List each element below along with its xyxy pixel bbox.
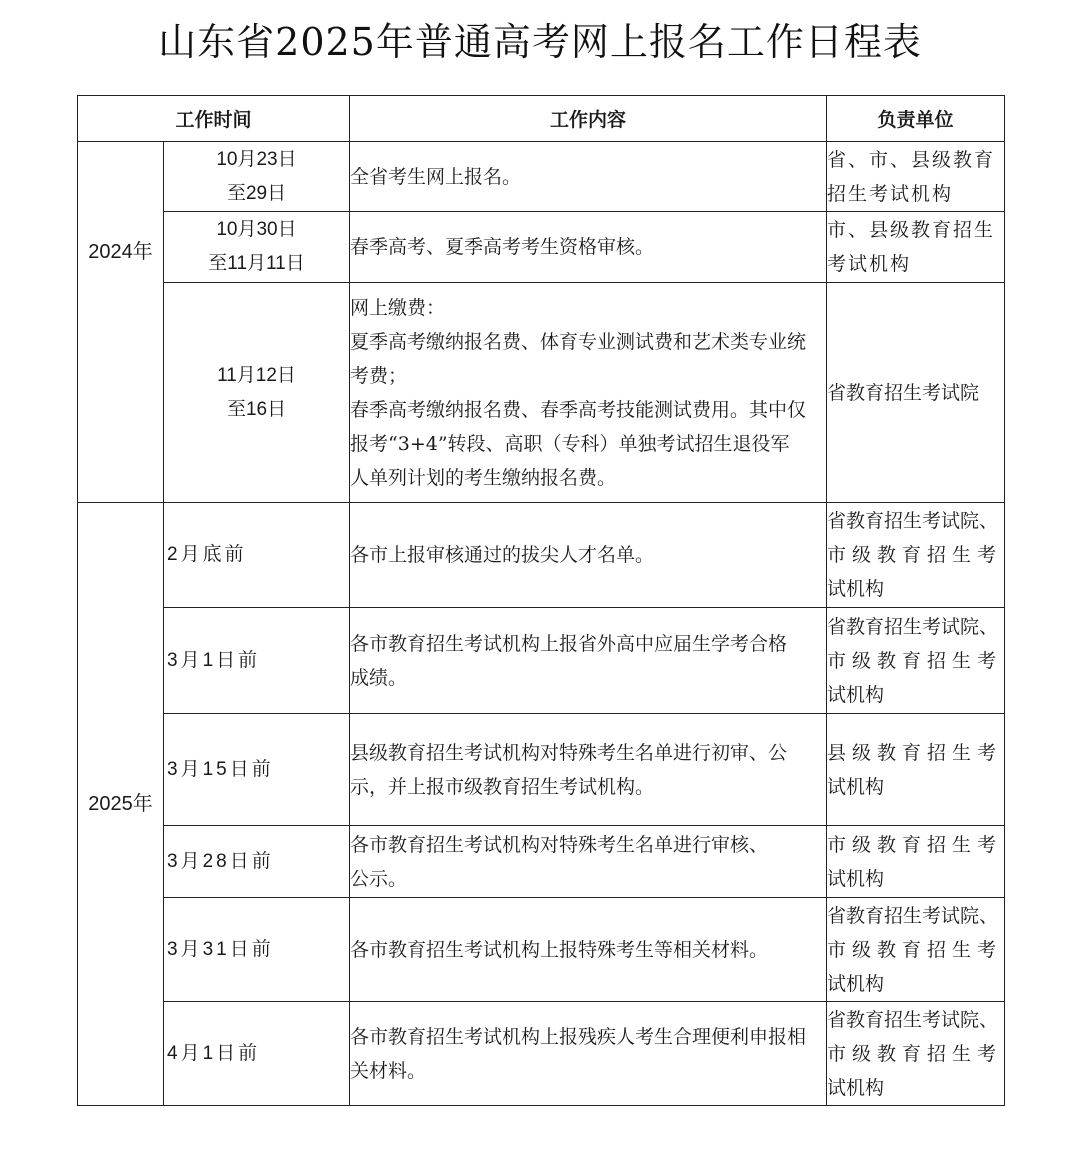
unit-line: 市级教育招生考: [827, 933, 1004, 967]
unit-line: 市级教育招生考: [827, 644, 1004, 678]
unit-line: 试机构: [827, 967, 1004, 1001]
date-cell: 10月23日 至29日: [164, 142, 350, 212]
content-line: 各市教育招生考试机构上报残疾人考生合理便利申报相: [350, 1020, 826, 1054]
content-cell: 网上缴费： 夏季高考缴纳报名费、体育专业测试费和艺术类专业统 考费； 春季高考缴…: [350, 283, 827, 503]
unit-line: 试机构: [827, 678, 1004, 712]
table-row: 11月12日 至16日 网上缴费： 夏季高考缴纳报名费、体育专业测试费和艺术类专…: [78, 283, 1005, 503]
table-row: 2024年 10月23日 至29日 全省考生网上报名。 省、市、县级教育 招生考…: [78, 142, 1005, 212]
unit-line: 省教育招生考试院、: [827, 899, 1004, 933]
date-line: 至16日: [164, 393, 349, 427]
unit-line: 招生考试机构: [827, 177, 1004, 211]
unit-line: 省教育招生考试院、: [827, 610, 1004, 644]
date-line: 4月1日前: [167, 1037, 349, 1071]
unit-cell: 市、县级教育招生 考试机构: [827, 212, 1005, 283]
content-line: 各市上报审核通过的拔尖人才名单。: [350, 538, 826, 572]
content-cell: 春季高考、夏季高考考生资格审核。: [350, 212, 827, 283]
date-cell: 3月31日前: [164, 898, 350, 1002]
date-line: 2月底前: [167, 538, 349, 572]
content-cell: 各市教育招生考试机构对特殊考生名单进行审核、 公示。: [350, 826, 827, 898]
content-line: 县级教育招生考试机构对特殊考生名单进行初审、公: [350, 736, 826, 770]
content-line: 各市教育招生考试机构对特殊考生名单进行审核、: [350, 828, 826, 862]
unit-cell: 省、市、县级教育 招生考试机构: [827, 142, 1005, 212]
content-line: 全省考生网上报名。: [350, 160, 826, 194]
year-cell-2024: 2024年: [78, 142, 164, 503]
date-cell: 10月30日 至11月11日: [164, 212, 350, 283]
unit-line: 试机构: [827, 572, 1004, 606]
unit-line: 省教育招生考试院、: [827, 1003, 1004, 1037]
header-row: 工作时间 工作内容 负责单位: [78, 96, 1005, 142]
year-label: 2025年: [88, 793, 153, 815]
content-line: 成绩。: [350, 661, 826, 695]
date-line: 10月30日: [164, 213, 349, 247]
table-row: 10月30日 至11月11日 春季高考、夏季高考考生资格审核。 市、县级教育招生…: [78, 212, 1005, 283]
content-cell: 县级教育招生考试机构对特殊考生名单进行初审、公 示，并上报市级教育招生考试机构。: [350, 714, 827, 826]
document-title: 山东省2025年普通高考网上报名工作日程表: [0, 14, 1080, 70]
year-label: 2024年: [88, 241, 153, 263]
unit-line: 试机构: [827, 1071, 1004, 1105]
unit-line: 市级教育招生考: [827, 828, 1004, 862]
unit-cell: 县级教育招生考 试机构: [827, 714, 1005, 826]
header-work-content: 工作内容: [350, 96, 827, 142]
date-cell: 2月底前: [164, 503, 350, 608]
date-cell: 4月1日前: [164, 1002, 350, 1106]
content-line: 公示。: [350, 862, 826, 896]
content-line: 网上缴费：: [350, 291, 826, 325]
table-row: 3月28日前 各市教育招生考试机构对特殊考生名单进行审核、 公示。 市级教育招生…: [78, 826, 1005, 898]
header-work-time: 工作时间: [78, 96, 350, 142]
table-row: 4月1日前 各市教育招生考试机构上报残疾人考生合理便利申报相 关材料。 省教育招…: [78, 1002, 1005, 1106]
content-line: 春季高考缴纳报名费、春季高考技能测试费用。其中仅: [350, 393, 826, 427]
content-line: 各市教育招生考试机构上报省外高中应届生学考合格: [350, 627, 826, 661]
date-line: 10月23日: [164, 143, 349, 177]
header-responsible-unit: 负责单位: [827, 96, 1005, 142]
unit-line: 试机构: [827, 770, 1004, 804]
unit-cell: 省教育招生考试院、 市级教育招生考 试机构: [827, 503, 1005, 608]
content-cell: 各市教育招生考试机构上报特殊考生等相关材料。: [350, 898, 827, 1002]
date-cell: 3月1日前: [164, 608, 350, 714]
unit-line: 市级教育招生考: [827, 1037, 1004, 1071]
date-line: 3月15日前: [167, 753, 349, 787]
date-line: 至11月11日: [164, 247, 349, 281]
date-line: 3月28日前: [167, 845, 349, 879]
unit-line: 省教育招生考试院、: [827, 504, 1004, 538]
unit-cell: 市级教育招生考 试机构: [827, 826, 1005, 898]
unit-cell: 省教育招生考试院、 市级教育招生考 试机构: [827, 898, 1005, 1002]
unit-line: 市、县级教育招生: [827, 213, 1004, 247]
content-cell: 各市教育招生考试机构上报省外高中应届生学考合格 成绩。: [350, 608, 827, 714]
unit-cell: 省教育招生考试院、 市级教育招生考 试机构: [827, 608, 1005, 714]
date-line: 3月1日前: [167, 644, 349, 678]
content-line: 报考“3+4”转段、高职（专科）单独考试招生退役军: [350, 427, 826, 461]
content-cell: 各市上报审核通过的拔尖人才名单。: [350, 503, 827, 608]
content-cell: 各市教育招生考试机构上报残疾人考生合理便利申报相 关材料。: [350, 1002, 827, 1106]
table-row: 3月31日前 各市教育招生考试机构上报特殊考生等相关材料。 省教育招生考试院、 …: [78, 898, 1005, 1002]
schedule-table: 工作时间 工作内容 负责单位 2024年 10月23日 至29日 全省考生网上报…: [77, 95, 1005, 1106]
unit-line: 省、市、县级教育: [827, 143, 1004, 177]
table-row: 3月1日前 各市教育招生考试机构上报省外高中应届生学考合格 成绩。 省教育招生考…: [78, 608, 1005, 714]
date-line: 至29日: [164, 177, 349, 211]
content-line: 各市教育招生考试机构上报特殊考生等相关材料。: [350, 933, 826, 967]
unit-cell: 省教育招生考试院、 市级教育招生考 试机构: [827, 1002, 1005, 1106]
content-line: 夏季高考缴纳报名费、体育专业测试费和艺术类专业统: [350, 325, 826, 359]
unit-cell: 省教育招生考试院: [827, 283, 1005, 503]
table-row: 2025年 2月底前 各市上报审核通过的拔尖人才名单。 省教育招生考试院、 市级…: [78, 503, 1005, 608]
unit-line: 市级教育招生考: [827, 538, 1004, 572]
date-cell: 3月15日前: [164, 714, 350, 826]
date-cell: 11月12日 至16日: [164, 283, 350, 503]
content-line: 示，并上报市级教育招生考试机构。: [350, 770, 826, 804]
content-line: 人单列计划的考生缴纳报名费。: [350, 461, 826, 495]
date-cell: 3月28日前: [164, 826, 350, 898]
content-line: 关材料。: [350, 1054, 826, 1088]
unit-line: 考试机构: [827, 247, 1004, 281]
content-line: 考费；: [350, 359, 826, 393]
table-row: 3月15日前 县级教育招生考试机构对特殊考生名单进行初审、公 示，并上报市级教育…: [78, 714, 1005, 826]
year-cell-2025: 2025年: [78, 503, 164, 1106]
content-cell: 全省考生网上报名。: [350, 142, 827, 212]
content-line: 春季高考、夏季高考考生资格审核。: [350, 230, 826, 264]
unit-line: 试机构: [827, 862, 1004, 896]
date-line: 11月12日: [164, 359, 349, 393]
unit-line: 省教育招生考试院: [827, 376, 1004, 410]
date-line: 3月31日前: [167, 933, 349, 967]
unit-line: 县级教育招生考: [827, 736, 1004, 770]
